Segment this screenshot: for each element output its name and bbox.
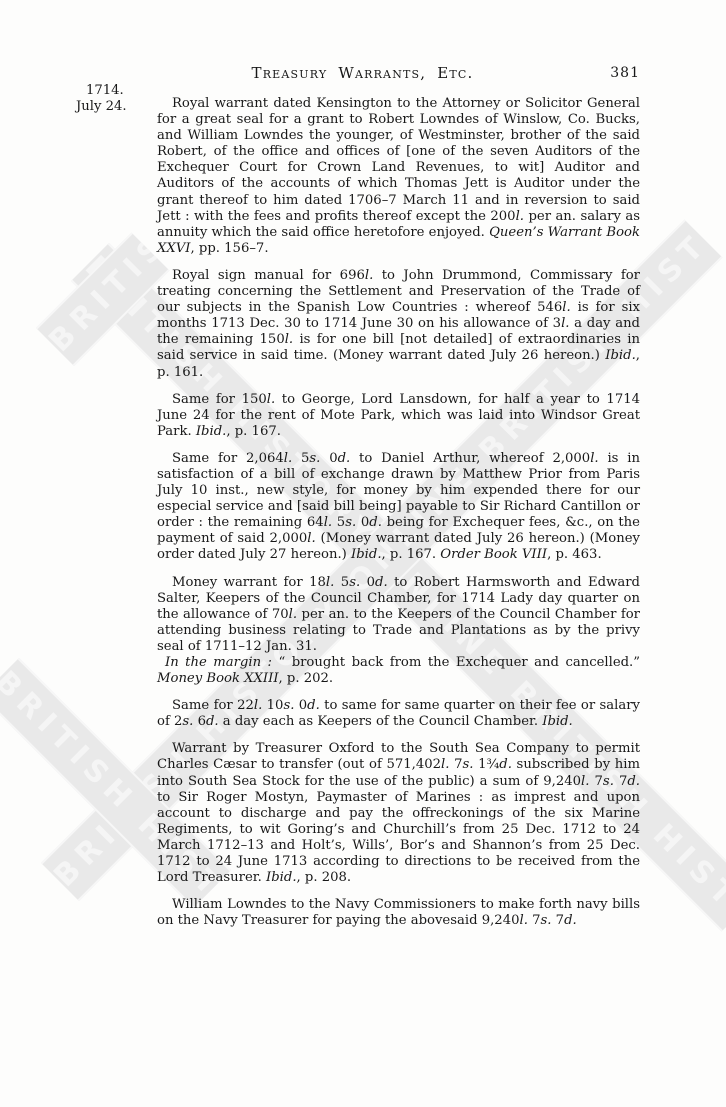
paragraph: Royal sign manual for 696l. to John Drum… xyxy=(157,268,640,381)
paragraph: Same for 22l. 10s. 0d. to same for same … xyxy=(157,698,640,730)
body-text: Royal warrant dated Kensington to the At… xyxy=(157,96,640,929)
running-title: Treasury Warrants, Etc. xyxy=(85,64,640,82)
paragraph: William Lowndes to the Navy Commissioner… xyxy=(157,897,640,929)
page-header: Treasury Warrants, Etc. 381 xyxy=(85,64,640,84)
paragraph: Same for 2,064l. 5s. 0d. to Daniel Arthu… xyxy=(157,451,640,564)
margin-year: 1714. xyxy=(76,83,146,99)
margin-day: July 24. xyxy=(76,99,146,115)
margin-date: 1714. July 24. xyxy=(76,83,146,114)
document-page: BRITISH HISTORY ONLINE BRITISH HISTORY O… xyxy=(0,0,726,1107)
paragraph: Same for 150l. to George, Lord Lansdown,… xyxy=(157,392,640,440)
paragraph: In the margin : “ brought back from the … xyxy=(157,655,640,687)
page-number: 381 xyxy=(610,65,640,81)
paragraph: Warrant by Treasurer Oxford to the South… xyxy=(157,741,640,886)
paragraph: Royal warrant dated Kensington to the At… xyxy=(157,96,640,257)
paragraph: Money warrant for 18l. 5s. 0d. to Robert… xyxy=(157,575,640,655)
